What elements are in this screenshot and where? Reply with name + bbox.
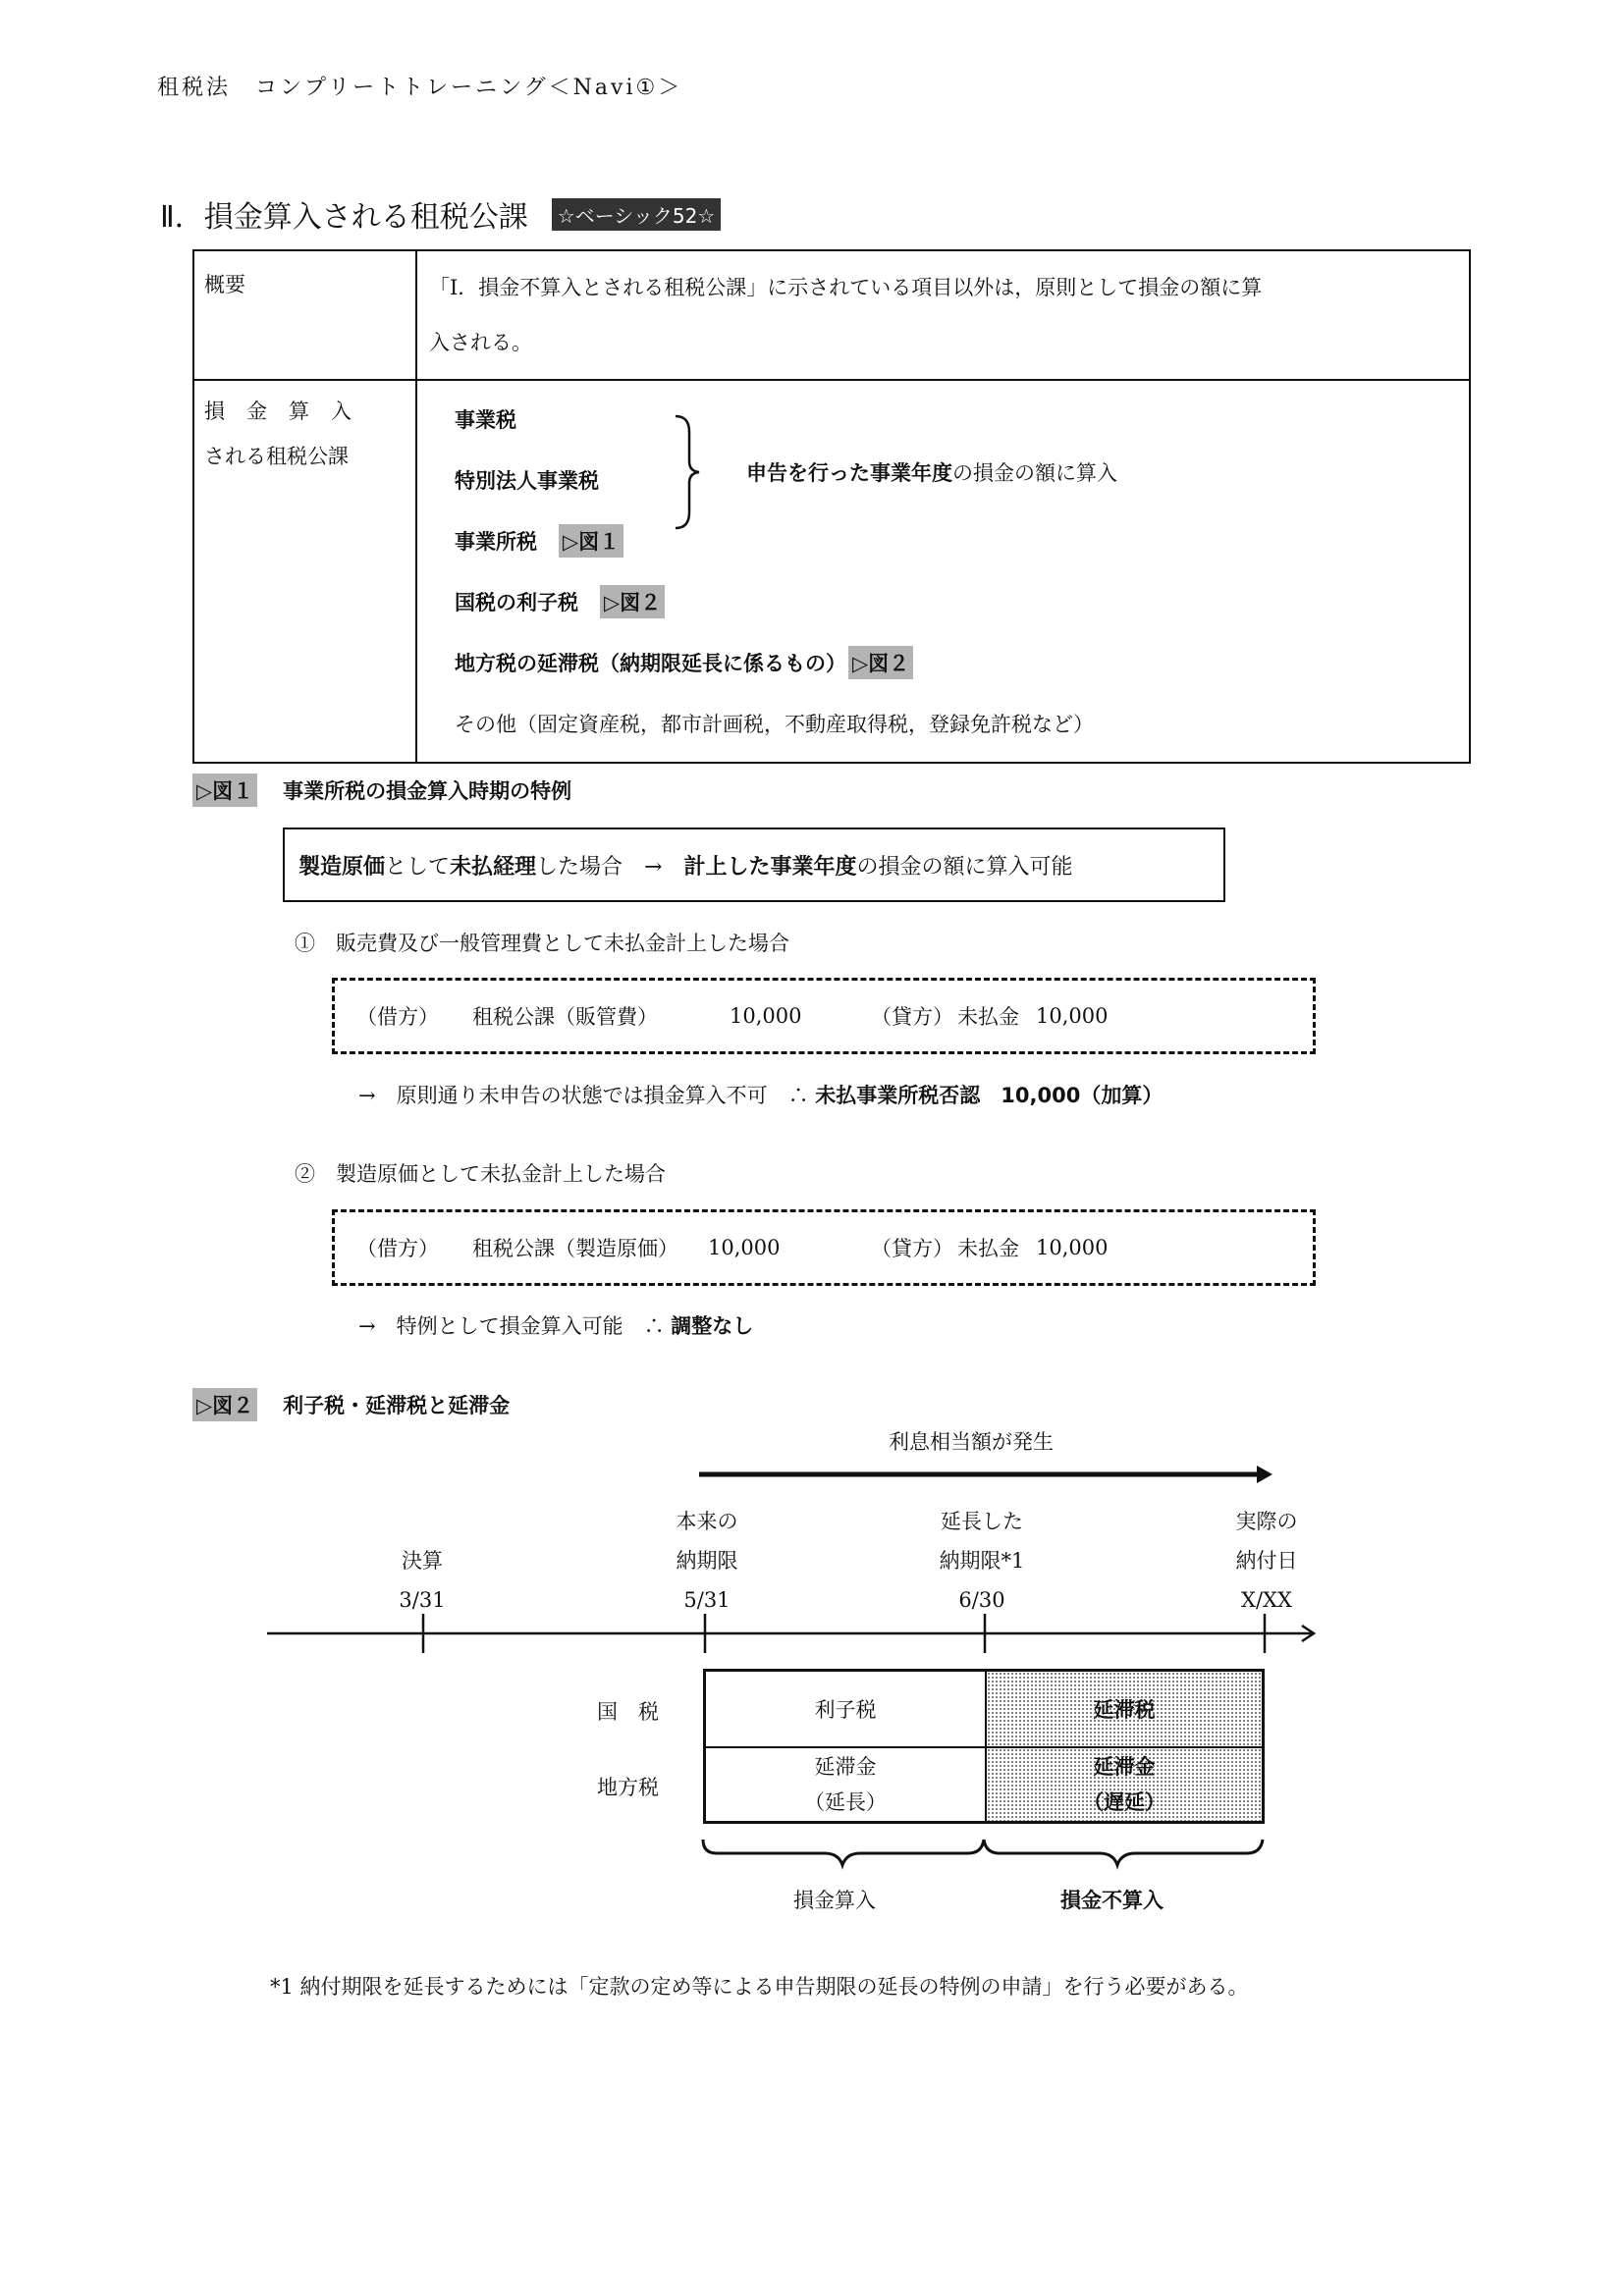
deductible-label: 損金算入 される租税公課 <box>193 380 416 763</box>
case1-result: → 原則通り未申告の状態では損金算入不可 ∴ 未払事業所税否認 10,000（加… <box>358 1080 1163 1109</box>
figure-link-2[interactable]: ▷図２ <box>600 585 665 618</box>
list-item: その他（固定資産税，都市計画税，不動産取得税，登録免許税など） <box>455 693 1439 754</box>
deductible-label: 損金算入 <box>793 1885 876 1914</box>
figure1-tag: ▷図１ <box>192 774 257 807</box>
interest-arrow-label: 利息相当額が発生 <box>889 1426 1054 1456</box>
level-badge: ☆ベーシック52☆ <box>552 198 722 231</box>
rule-box: 製造原価として未払経理した場合 → 計上した事業年度の損金の額に算入可能 <box>283 828 1225 902</box>
figure-link-1[interactable]: ▷図１ <box>559 524 623 558</box>
table-row-overview: 概要 「Ⅰ．損金不算入とされる租税公課」に示されている項目以外は，原則として損金… <box>193 250 1470 380</box>
cell-delinquency-tax: 延滞税 <box>987 1672 1262 1748</box>
case1-title: ① 販売費及び一般管理費として未払金計上した場合 <box>295 928 789 957</box>
bottom-brace-icon <box>697 1836 1276 1875</box>
overview-text-line2: 入される。 <box>429 324 1457 361</box>
cell-late-charge-delay: 延滞金（遅延） <box>987 1748 1262 1821</box>
summary-table: 概要 「Ⅰ．損金不算入とされる租税公課」に示されている項目以外は，原則として損金… <box>192 249 1471 764</box>
list-item: 事業税 <box>455 389 1439 450</box>
tax-grid: 利子税 延滞税 延滞金（延長） 延滞金（遅延） <box>703 1669 1265 1824</box>
timeline-axis <box>265 1600 1326 1659</box>
cell-interest-tax: 利子税 <box>706 1672 987 1748</box>
footnote: *1 納付期限を延長するためには「定款の定め等による申告期限の延長の特例の申請」… <box>270 1971 1249 2001</box>
arrow-right-icon <box>697 1463 1276 1486</box>
figure-link-2b[interactable]: ▷図２ <box>848 646 913 679</box>
right-brace-icon <box>668 412 707 532</box>
overview-text-line1: 「Ⅰ．損金不算入とされる租税公課」に示されている項目以外は，原則として損金の額に… <box>429 269 1457 306</box>
figure1-title: 事業所税の損金算入時期の特例 <box>283 775 571 805</box>
row-label-national-tax: 国 税 <box>597 1696 659 1726</box>
document-header: 租税法 コンプリートトレーニング＜Navi①＞ <box>157 71 682 101</box>
brace-conclusion: 申告を行った事業年度の損金の額に算入 <box>746 457 1117 487</box>
non-deductible-label: 損金不算入 <box>1060 1885 1164 1914</box>
deductible-label-line2: される租税公課 <box>204 434 406 479</box>
overview-text: 「Ⅰ．損金不算入とされる租税公課」に示されている項目以外は，原則として損金の額に… <box>416 250 1470 380</box>
case2-title: ② 製造原価として未払金計上した場合 <box>295 1158 666 1188</box>
table-row-deductible: 損金算入 される租税公課 事業税 特別法人事業税 事業所税▷図１ 国税の利子税▷… <box>193 380 1470 763</box>
list-item: 国税の利子税▷図２ <box>455 571 1439 632</box>
deductible-label-line1: 損金算入 <box>204 389 406 434</box>
figure2-title: 利子税・延滞税と延滞金 <box>283 1390 510 1419</box>
journal-entry-2: （借方） 租税公課（製造原価） 10,000 （貸方） 未払金 10,000 <box>332 1209 1316 1286</box>
figure1-heading: ▷図１ 事業所税の損金算入時期の特例 <box>192 774 571 807</box>
row-label-local-tax: 地方税 <box>597 1772 659 1801</box>
figure2-tag: ▷図２ <box>192 1388 257 1421</box>
cell-late-charge-extension: 延滞金（延長） <box>706 1748 987 1821</box>
list-item: 事業所税▷図１ <box>455 510 1439 571</box>
section-title: Ⅱ．損金算入される租税公課 ☆ベーシック52☆ <box>160 192 721 236</box>
list-item: 地方税の延滞税（納期限延長に係るもの）▷図２ <box>455 632 1439 693</box>
deductible-items: 事業税 特別法人事業税 事業所税▷図１ 国税の利子税▷図２ 地方税の延滞税（納期… <box>416 380 1470 763</box>
section-title-text: Ⅱ．損金算入される租税公課 <box>160 192 528 236</box>
overview-label: 概要 <box>193 250 416 380</box>
journal-entry-1: （借方） 租税公課（販管費） 10,000 （貸方） 未払金 10,000 <box>332 978 1316 1054</box>
figure2-heading: ▷図２ 利子税・延滞税と延滞金 <box>192 1388 510 1421</box>
case2-result: → 特例として損金算入可能 ∴ 調整なし <box>358 1310 753 1340</box>
